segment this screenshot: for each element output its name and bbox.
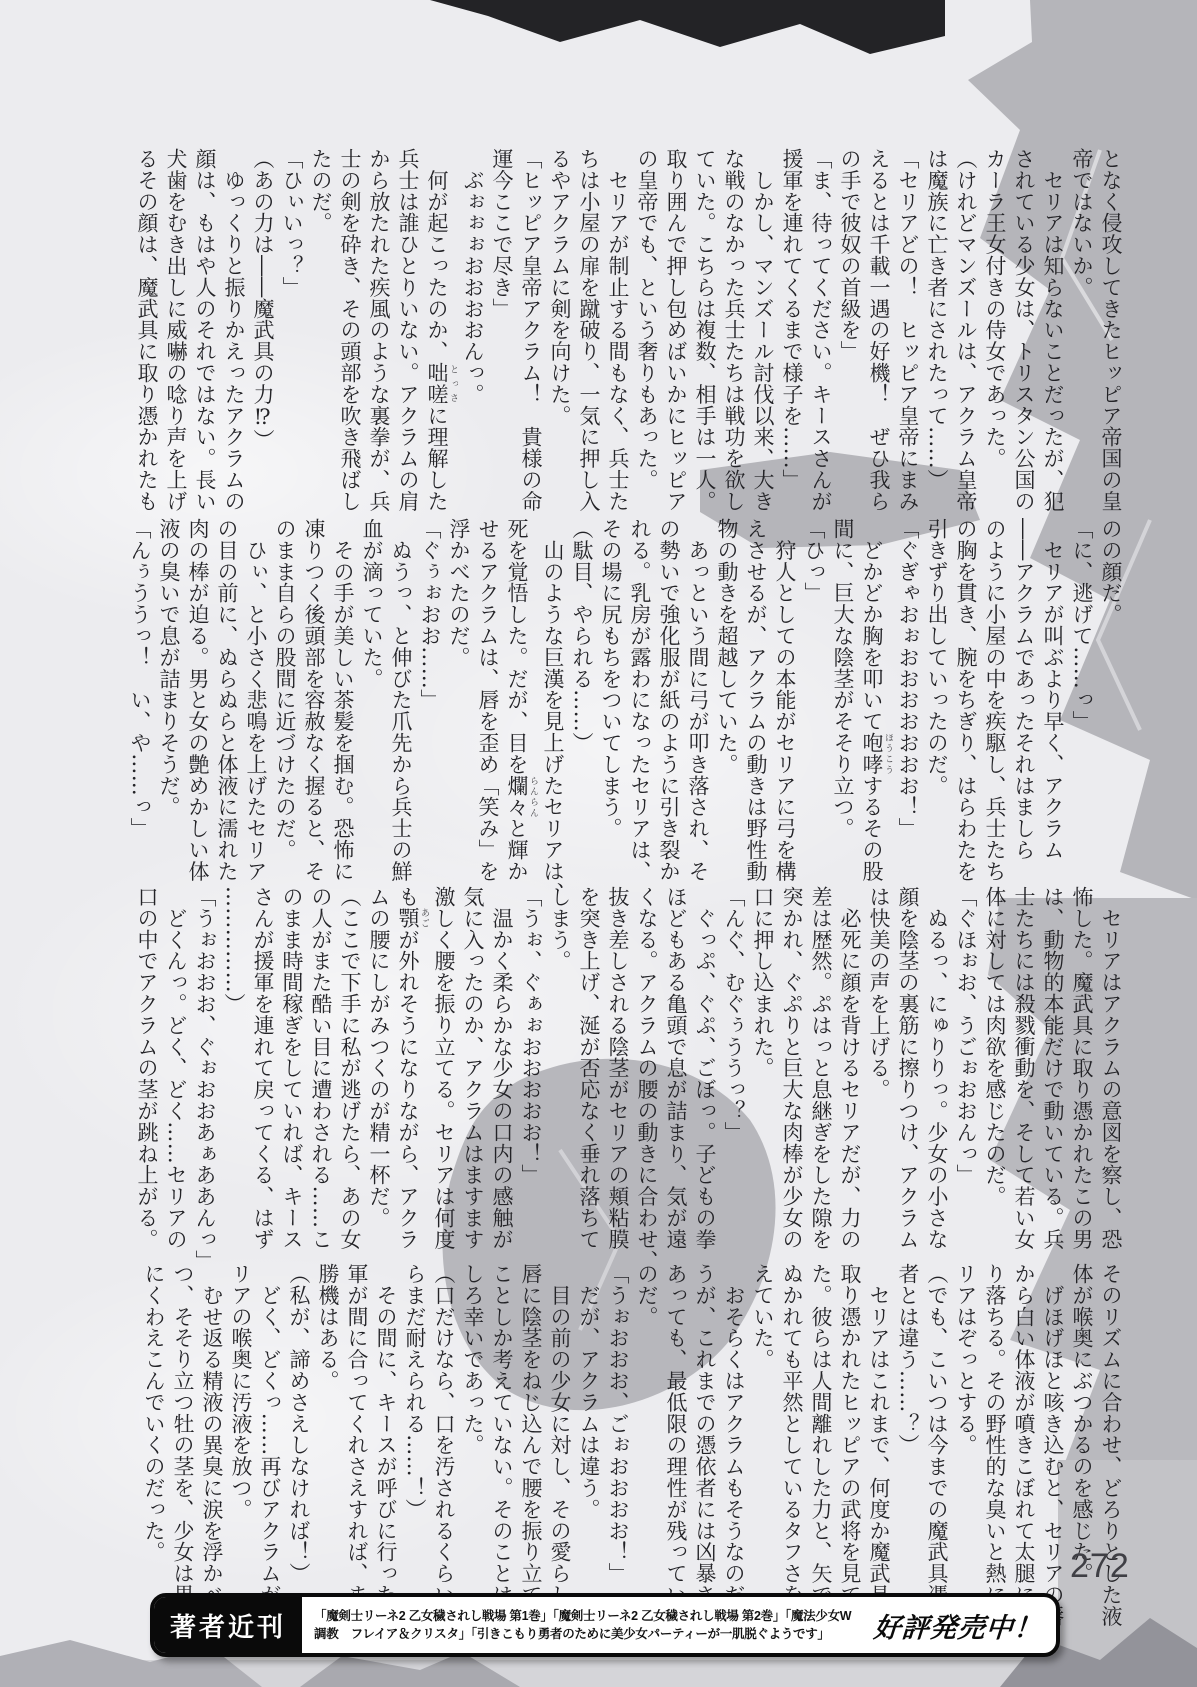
text-column: 浮かべたのだ。 <box>444 518 473 890</box>
text-column: 「んぅううっ！ い、や……っ」 <box>125 518 154 890</box>
text-column: 必死に顔を背けるセリアだが、力の <box>835 886 864 1258</box>
text-column: 顔は、もはや人のそれではない。長い <box>190 148 219 520</box>
text-column: 「ヒッピア皇帝アクラム！ 貴様の命 <box>516 148 545 520</box>
text-column: り落ちる。その野性的な臭いと熱にセ <box>980 1263 1009 1635</box>
text-column: の胸を貫き、腕をちぎり、はらわたを <box>951 518 980 890</box>
text-column: 「セリアどの！ ヒッピア皇帝にまみ <box>893 148 922 520</box>
text-column: ゆっくりと振りかえったアクラムの <box>219 148 248 520</box>
text-column: 勝機はある。 <box>313 1263 342 1635</box>
text-column: （ここで下手に私が逃げたら、あの女 <box>335 886 364 1258</box>
text-column: ……………） <box>219 886 248 1258</box>
text-column: な戦のなかった兵士たちは戦功を欲し <box>719 148 748 520</box>
text-column: 抜き差しされる陰茎がセリアの頬粘膜 <box>603 886 632 1258</box>
text-column: 怖した。魔武具に取り憑かれたこの男 <box>1067 886 1096 1258</box>
footer-ad-bar: 著者近刊 「魔剣士リーネ2 乙女穢されし戦場 第1巻」「魔剣士リーネ2 乙女穢さ… <box>150 1593 1060 1657</box>
text-column: 兵士は誰ひとりいない。アクラムの肩 <box>393 148 422 520</box>
text-column: ――アクラムであったそれはましら <box>1009 518 1038 890</box>
text-column: から放たれた疾風のような裏拳が、兵 <box>364 148 393 520</box>
text-column: 援軍を連れてくるまで様子を……」 <box>777 148 806 520</box>
text-column: 「ま、待ってください。キースさんが <box>806 148 835 520</box>
text-column: むせ返る精液の異臭に涙を浮かべつ <box>197 1263 226 1635</box>
text-column: （あの力は――魔武具の力⁉） <box>248 148 277 520</box>
text-column: えていた。 <box>748 1263 777 1635</box>
text-column: 「うぉ、ぐぁぉおおおおお！」 <box>516 886 545 1258</box>
text-column: されている少女は、トリスタン公国の <box>1009 148 1038 520</box>
text-column: セリアはアクラムの意図を察し、恐 <box>1096 886 1125 1258</box>
text-column: （けれどマンズールは、アクラム皇帝 <box>951 148 980 520</box>
text-column: 取り囲んで押し包めばいかにヒッピア <box>661 148 690 520</box>
silhouette-bottom-centre <box>300 1652 520 1687</box>
text-column: さんが援軍を連れて戻ってくる、はず <box>248 886 277 1258</box>
text-column: の目の前に、ぬらぬらと体液に濡れた <box>212 518 241 890</box>
text-column: 取り憑かれたヒッピアの武将を見てき <box>835 1263 864 1635</box>
text-column: にくわえこんでいくのだった。 <box>139 1263 168 1635</box>
text-column: から白い体液が噴きこぼれて太腿に滴 <box>1009 1263 1038 1635</box>
text-column: 気に入ったのか、アクラムはますます <box>458 886 487 1258</box>
text-band-1: となく侵攻してきたヒッピア帝国の皇帝ではないか。 セリアは知らないことだったが、… <box>132 148 1125 520</box>
text-column: は魔族に亡き者にされたって……） <box>922 148 951 520</box>
text-column: 「ひっ」 <box>799 518 828 890</box>
text-column: 士たちには殺戮衝動を、そして若い女 <box>1009 886 1038 1258</box>
text-column: 帝ではないか。 <box>1067 148 1096 520</box>
text-column: 「に、逃げて……っ」 <box>1067 518 1096 890</box>
text-column: のの顔だ。 <box>1096 518 1125 890</box>
text-column: セリアは知らないことだったが、犯 <box>1038 148 1067 520</box>
footer-on-sale-badge: 好評発売中！ <box>866 1597 1058 1653</box>
text-column: 「ぐぎゃおぉおおおおおおお！」 <box>893 518 922 890</box>
text-column: るその顔は、魔武具に取り憑かれたも <box>132 148 161 520</box>
text-column: 「ぐぅぉおお……」 <box>415 518 444 890</box>
text-column: は、動物的本能だけで動いている。兵 <box>1038 886 1067 1258</box>
text-column: （でも、こいつは今までの魔武具憑依 <box>922 1263 951 1635</box>
text-column: 血が滴っていた。 <box>357 518 386 890</box>
text-column: となく侵攻してきたヒッピア帝国の皇 <box>1096 148 1125 520</box>
text-band-4: そのリズムに合わせ、どろりとした液体が喉奥にぶつかるのを感じた。 げほげほと咳き… <box>139 1263 1125 1635</box>
text-column: 軍が間に合ってくれさえすれば、まだ <box>342 1263 371 1635</box>
text-column: 激しく腰を振り立てる。セリアは何度 <box>429 886 458 1258</box>
text-column: セリアが制止する間もなく、兵士た <box>603 148 632 520</box>
text-column: カーラ王女付きの侍女であった。 <box>980 148 1009 520</box>
text-column: 山のような巨漢を見上げたセリアは、 <box>538 518 567 890</box>
text-column: らまだ耐えられる……！） <box>400 1263 429 1635</box>
footer-book-titles: 「魔剣士リーネ2 乙女穢されし戦場 第1巻」「魔剣士リーネ2 乙女穢されし戦場 … <box>302 1597 868 1653</box>
text-column: のまま自らの股間に近づけたのだ。 <box>270 518 299 890</box>
text-column: 「ひぃいっ？」 <box>277 148 306 520</box>
text-column: どかどか胸を叩いて咆哮ほうこうするその股 <box>857 518 893 890</box>
text-column: 目の前の少女に対し、その愛らしい <box>545 1263 574 1635</box>
text-column: つ、そそり立つ牡の茎を、少女は果敢 <box>168 1263 197 1635</box>
text-column: （駄目、やられる……） <box>567 518 596 890</box>
text-column: ぶぉぉぉおおおおんっ。 <box>458 148 487 520</box>
text-column: 間に、巨大な陰茎がそそり立つ。 <box>828 518 857 890</box>
text-column: うが、これまでの憑依者には凶暴さは <box>690 1263 719 1635</box>
text-column: 「んぐ、むぐぅううっ？」 <box>719 886 748 1258</box>
text-column: 凍りつく後頭部を容赦なく握ると、そ <box>299 518 328 890</box>
text-column: 温かく柔らかな少女の口内の感触が <box>487 886 516 1258</box>
text-column: えるとは千載一遇の好機！ ぜひ我ら <box>864 148 893 520</box>
text-column: 口に押し込まれた。 <box>748 886 777 1258</box>
text-column: その間に、キースが呼びに行った援 <box>371 1263 400 1635</box>
text-column: あっという間に弓が叩き落され、そ <box>683 518 712 890</box>
text-column: だが、アクラムは違う。 <box>574 1263 603 1635</box>
text-band-3: セリアはアクラムの意図を察し、恐怖した。魔武具に取り憑かれたこの男は、動物的本能… <box>132 886 1125 1258</box>
text-column: 何が起こったのか、咄嗟とっさに理解した <box>422 148 458 520</box>
text-column: 差は歴然。ぷはっと息継ぎをした隙を <box>806 886 835 1258</box>
text-column: ちは小屋の扉を蹴破り、一気に押し入 <box>574 148 603 520</box>
footer-author-books-label: 著者近刊 <box>154 1597 302 1653</box>
text-column: 液の臭いで息が詰まりそうだ。 <box>154 518 183 890</box>
text-column: 顔を陰茎の裏筋に擦りつけ、アクラム <box>893 886 922 1258</box>
text-column: の皇帝でも、という奢りもあった。 <box>632 148 661 520</box>
text-band-2: のの顔だ。「に、逃げて……っ」 セリアが叫ぶより早く、アクラム――アクラムであっ… <box>125 518 1125 890</box>
text-column: 「ぐほぉお、うごぉおおんっ」 <box>951 886 980 1258</box>
text-column: ぬるっ、にゅりりっ。少女の小さな <box>922 886 951 1258</box>
text-column: ぐっぷ、ぐぷ、ごぼっ。子どもの拳 <box>690 886 719 1258</box>
text-column: （口だけなら、口を汚されるくらいな <box>429 1263 458 1635</box>
text-column: その場に尻もちをついてしまう。 <box>596 518 625 890</box>
text-column: えさせるが、アクラムの動きは野性動 <box>741 518 770 890</box>
text-column: ぬかれても平然としているタフさを備 <box>777 1263 806 1635</box>
text-column: セリアが叫ぶより早く、アクラム <box>1038 518 1067 890</box>
text-column: げほげほと咳き込むと、セリアの唇 <box>1038 1263 1067 1635</box>
text-column: （私が、諦めさえしなければ！） <box>284 1263 313 1635</box>
text-column: その手が美しい茶髪を掴む。恐怖に <box>328 518 357 890</box>
text-column: リアの喉奥に汚液を放つ。 <box>226 1263 255 1635</box>
text-column: どく、どくっ……再びアクラムがセ <box>255 1263 284 1635</box>
text-column: 突かれ、ぐぷりと巨大な肉棒が少女の <box>777 886 806 1258</box>
text-column: 者とは違う……？） <box>893 1263 922 1635</box>
text-column: 肉の棒が迫る。男と女の艶めかしい体 <box>183 518 212 890</box>
dark-shape-top <box>430 0 945 54</box>
text-column: 唇に陰茎をねじ込んで腰を振り立てる <box>516 1263 545 1635</box>
text-column: あっても、最低限の理性が残っていた <box>661 1263 690 1635</box>
text-column: リアはぞっとする。 <box>951 1263 980 1635</box>
text-column: のように小屋の中を疾駆し、兵士たち <box>980 518 1009 890</box>
text-column: たのだ。 <box>306 148 335 520</box>
text-column: ていた。こちらは複数、相手は一人。 <box>690 148 719 520</box>
text-column: 体に対しては肉欲を感じたのだ。 <box>980 886 1009 1258</box>
text-column: 引きずり出していったのだ。 <box>922 518 951 890</box>
text-column: ぬうっ、と伸びた爪先から兵士の鮮 <box>386 518 415 890</box>
text-column: の人がまた酷い目に遭わされる……こ <box>306 886 335 1258</box>
text-column: 運今ここで尽き」 <box>487 148 516 520</box>
text-column: 口の中でアクラムの茎が跳ね上がる。 <box>132 886 161 1258</box>
text-column: せるアクラムは、唇を歪め「笑み」を <box>473 518 502 890</box>
novel-page: { "page": { "number": "272" }, "footer":… <box>0 0 1197 1687</box>
text-column: どくんっ。どく、どく……セリアの <box>161 886 190 1258</box>
text-column: 「うぉおおお、ぐぉおおあぁああんっ」 <box>190 886 219 1258</box>
text-column: 「うぉおおお、ごぉおおおお！」 <box>603 1263 632 1635</box>
text-column: ほどもある亀頭で息が詰まり、気が遠 <box>661 886 690 1258</box>
text-column: は快美の声を上げる。 <box>864 886 893 1258</box>
text-column: を突き上げ、涎が否応なく垂れ落ちて <box>574 886 603 1258</box>
text-column: 士の剣を砕き、その頭部を吹き飛ばし <box>335 148 364 520</box>
text-column: のまま時間稼ぎをしていれば、キース <box>277 886 306 1258</box>
text-column: おそらくはアクラムもそうなのだろ <box>719 1263 748 1635</box>
text-column: のだ。 <box>632 1263 661 1635</box>
text-column: ひぃ、と小さく悲鳴を上げたセリア <box>241 518 270 890</box>
text-column: セリアはこれまで、何度か魔武具に <box>864 1263 893 1635</box>
text-column: しかし、マンズール討伐以来、大き <box>748 148 777 520</box>
text-column: れる。乳房が露わになったセリアは、 <box>625 518 654 890</box>
text-column: くなる。アクラムの腰の動きに合わせ、 <box>632 886 661 1258</box>
text-column: ムの腰にしがみつくのが精一杯だ。 <box>364 886 393 1258</box>
text-column: 犬歯をむき出しに威嚇の唸り声を上げ <box>161 148 190 520</box>
text-column: しろ幸いであった。 <box>458 1263 487 1635</box>
text-column: の勢いで強化服が紙のように引き裂か <box>654 518 683 890</box>
text-column: ことしか考えていない。そのことはむ <box>487 1263 516 1635</box>
page-number: 272 <box>1070 1547 1130 1586</box>
text-column: の手で彼奴の首級を」 <box>835 148 864 520</box>
text-column: しまう。 <box>545 886 574 1258</box>
text-column: るやアクラムに剣を向けた。 <box>545 148 574 520</box>
text-column: 物の動きを超越していた。 <box>712 518 741 890</box>
text-column: 死を覚悟した。だが、目を爛々らんらんと輝か <box>502 518 538 890</box>
text-column: た。彼らは人間離れした力と、矢で射 <box>806 1263 835 1635</box>
text-column: も顎あごが外れそうになりながら、アクラ <box>393 886 429 1258</box>
text-column: 狩人としての本能がセリアに弓を構 <box>770 518 799 890</box>
